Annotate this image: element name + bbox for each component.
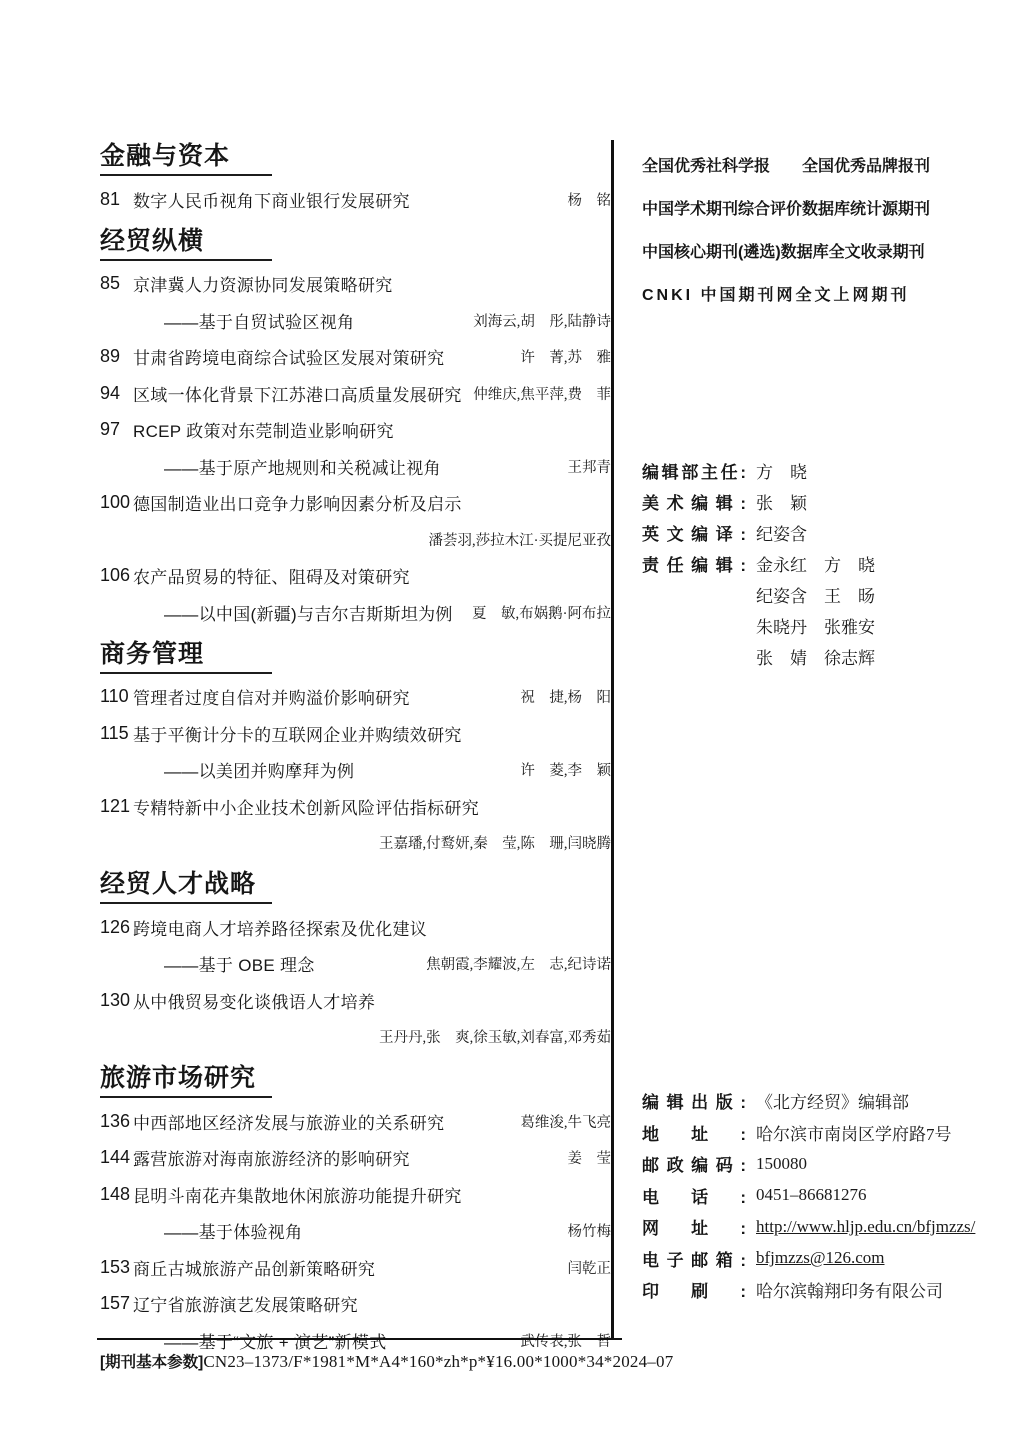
article-subtitle: ——以美团并购摩拜为例 [164,757,354,782]
toc-authors-line: 潘荟羽,莎拉木江·买提尼亚孜 [100,521,611,558]
article-title: 跨境电商人才培养路径探索及优化建议 [133,915,427,940]
toc-entry: 106农产品贸易的特征、阻碍及对策研究 [100,558,611,595]
toc-authors-line: 王嘉璠,付鹜妍,秦 莹,陈 珊,闫晓腾 [100,825,611,862]
article-subtitle: ——以中国(新疆)与吉尔吉斯斯坦为例 [164,600,453,625]
journal-parameters: [期刊基本参数] CN23–1373/F*1981*M*A4*160*zh*p*… [100,1350,673,1372]
toc-entry: 81数字人民币视角下商业银行发展研究杨 铭 [100,181,611,218]
journal-toc-page: 金融与资本81数字人民币视角下商业银行发展研究杨 铭经贸纵横85京津冀人力资源协… [0,0,1024,1448]
page-number: 136 [100,1111,133,1132]
article-authors: 潘荟羽,莎拉木江·买提尼亚孜 [419,529,611,550]
page-number: 100 [100,492,133,513]
accolade-line: 中国核心期刊(遴选)数据库全文收录期刊 [642,231,964,274]
article-authors: 许 菱,李 颖 [510,759,611,780]
toc-entry: 130从中俄贸易变化谈俄语人才培养 [100,982,611,1019]
section-header: 金融与资本 [100,142,611,176]
toc-entry: 136中西部地区经济发展与旅游业的关系研究葛维浚,牛飞亮 [100,1103,611,1140]
article-subtitle: ——基于“文旅 + 演艺”新模式 [164,1328,387,1353]
article-title: RCEP 政策对东莞制造业影响研究 [133,417,394,442]
article-authors: 许 菁,苏 雅 [510,346,611,367]
article-subtitle: ——基于 OBE 理念 [164,951,315,976]
page-number: 153 [100,1257,133,1278]
staff-row: 编辑部主任:方 晓 [642,455,964,486]
editorial-staff-block: 编辑部主任:方 晓美术编辑:张 颖英文编译:纪姿含责任编辑:金永红 方 晓纪姿含… [642,455,964,672]
publisher-row: 电话:0451–86681276 [642,1180,964,1212]
page-number: 126 [100,917,133,938]
publisher-field-label: 网址: [642,1214,746,1239]
section-header: 经贸纵横 [100,227,611,261]
toc-subtitle-line: ——基于体验视角杨竹梅 [100,1213,611,1250]
article-authors: 焦朝霞,李耀波,左 志,纪诗诺 [416,953,611,974]
publisher-row: 印刷:哈尔滨翰翔印务有限公司 [642,1274,964,1306]
toc-entry: 148昆明斗南花卉集散地休闲旅游功能提升研究 [100,1176,611,1213]
accolade-line: 全国优秀社科学报 全国优秀品牌报刊 [642,145,964,188]
publisher-row: 编辑出版:《北方经贸》编辑部 [642,1085,964,1117]
article-authors: 王嘉璠,付鹜妍,秦 莹,陈 珊,闫晓腾 [369,832,611,853]
page-number: 81 [100,189,133,210]
staff-names: 金永红 方 晓 [746,551,875,576]
page-number: 121 [100,796,133,817]
publisher-field-value: 150080 [746,1154,807,1174]
article-title: 专精特新中小企业技术创新风险评估指标研究 [133,794,479,819]
staff-role-label: 责任编辑: [642,551,746,576]
toc-subtitle-line: ——以中国(新疆)与吉尔吉斯斯坦为例夏 敏,布娲鹅·阿布拉 [100,594,611,631]
article-title: 从中俄贸易变化谈俄语人才培养 [133,988,375,1013]
article-authors: 仲维庆,焦平萍,费 菲 [463,383,611,404]
article-title: 商丘古城旅游产品创新策略研究 [133,1255,375,1280]
section-title: 经贸纵横 [100,227,611,255]
page-number: 94 [100,383,133,404]
publisher-row: 地址:哈尔滨市南岗区学府路7号 [642,1117,964,1149]
section-underline [100,174,272,176]
staff-names: 张 颖 [746,489,807,514]
toc-entry: 126跨境电商人才培养路径探索及优化建议 [100,909,611,946]
publisher-field-value: 哈尔滨翰翔印务有限公司 [746,1277,943,1302]
staff-names: 朱晓丹 张雅安 [746,613,875,638]
toc-entry: 100德国制造业出口竞争力影响因素分析及启示 [100,485,611,522]
right-column: 全国优秀社科学报 全国优秀品牌报刊中国学术期刊综合评价数据库统计源期刊中国核心期… [642,140,964,1306]
section-title: 经贸人才战略 [100,870,611,898]
publisher-row: 电子邮箱:bfjmzzs@126.com [642,1243,964,1275]
website-link[interactable]: http://www.hljp.edu.cn/bfjmzzs/ [746,1217,975,1237]
page-number: 106 [100,565,133,586]
publisher-row: 网址:http://www.hljp.edu.cn/bfjmzzs/ [642,1211,964,1243]
accolade-line: CNKI 中国期刊网全文上网期刊 [642,274,964,317]
toc-entry: 94区域一体化背景下江苏港口高质量发展研究仲维庆,焦平萍,费 菲 [100,375,611,412]
section-title: 金融与资本 [100,142,611,170]
section-header: 商务管理 [100,640,611,674]
article-authors: 祝 捷,杨 阳 [510,686,611,707]
journal-parameters-value: CN23–1373/F*1981*M*A4*160*zh*p*¥16.00*10… [203,1352,673,1372]
toc-entry: 89甘肃省跨境电商综合试验区发展对策研究许 菁,苏 雅 [100,339,611,376]
publisher-field-label: 地址: [642,1120,746,1145]
article-authors: 杨 铭 [558,189,612,210]
page-number: 157 [100,1293,133,1314]
toc-left-column: 金融与资本81数字人民币视角下商业银行发展研究杨 铭经贸纵横85京津冀人力资源协… [100,140,611,1359]
article-title: 甘肃省跨境电商综合试验区发展对策研究 [133,344,444,369]
publisher-field-label: 电话: [642,1183,746,1208]
staff-row: 美术编辑:张 颖 [642,486,964,517]
section-underline [100,259,272,261]
page-number: 89 [100,346,133,367]
staff-role-label: 编辑部主任: [642,458,746,483]
footer-rule [97,1338,622,1340]
article-title: 区域一体化背景下江苏港口高质量发展研究 [133,381,462,406]
publisher-field-value: 哈尔滨市南岗区学府路7号 [746,1120,952,1145]
article-subtitle: ——基于原产地规则和关税减让视角 [164,454,441,479]
article-title: 昆明斗南花卉集散地休闲旅游功能提升研究 [133,1182,462,1207]
page-number: 97 [100,419,133,440]
publisher-field-label: 邮政编码: [642,1151,746,1176]
article-title: 农产品贸易的特征、阻碍及对策研究 [133,563,410,588]
toc-entry: 144露营旅游对海南旅游经济的影响研究姜 莹 [100,1140,611,1177]
publisher-row: 邮政编码:150080 [642,1148,964,1180]
staff-names: 张 婧 徐志辉 [746,644,875,669]
toc-subtitle-line: ——以美团并购摩拜为例许 菱,李 颖 [100,752,611,789]
journal-parameters-label: [期刊基本参数] [100,1350,203,1372]
article-authors: 葛维浚,牛飞亮 [510,1111,611,1132]
staff-row: 英文编译:纪姿含 [642,517,964,548]
article-subtitle: ——基于体验视角 [164,1218,302,1243]
email-link[interactable]: bfjmzzs@126.com [746,1248,885,1268]
toc-subtitle-line: ——基于 OBE 理念焦朝霞,李耀波,左 志,纪诗诺 [100,946,611,983]
staff-role-label: 美术编辑: [642,489,746,514]
article-subtitle: ——基于自贸试验区视角 [164,308,354,333]
section-title: 商务管理 [100,640,611,668]
publisher-field-value: 0451–86681276 [746,1185,867,1205]
column-divider [611,140,614,1338]
staff-names: 纪姿含 王 旸 [746,582,875,607]
staff-row: 纪姿含 王 旸 [642,579,964,610]
toc-authors-line: 王丹丹,张 爽,徐玉敏,刘春富,邓秀茹 [100,1019,611,1056]
toc-entry: 121专精特新中小企业技术创新风险评估指标研究 [100,788,611,825]
article-title: 京津冀人力资源协同发展策略研究 [133,271,393,296]
staff-names: 纪姿含 [746,520,807,545]
toc-subtitle-line: ——基于原产地规则和关税减让视角王邦青 [100,448,611,485]
staff-row: 朱晓丹 张雅安 [642,610,964,641]
page-number: 130 [100,990,133,1011]
section-underline [100,902,272,904]
publisher-field-value: 《北方经贸》编辑部 [746,1088,909,1113]
toc-entry: 110管理者过度自信对并购溢价影响研究祝 捷,杨 阳 [100,679,611,716]
article-authors: 王邦青 [558,456,612,477]
accolade-line: 中国学术期刊综合评价数据库统计源期刊 [642,188,964,231]
toc-entry: 153商丘古城旅游产品创新策略研究闫乾正 [100,1249,611,1286]
article-authors: 武传表,张 哲 [510,1330,611,1351]
article-authors: 王丹丹,张 爽,徐玉敏,刘春富,邓秀茹 [369,1026,611,1047]
toc-entry: 97RCEP 政策对东莞制造业影响研究 [100,412,611,449]
staff-row: 责任编辑:金永红 方 晓 [642,548,964,579]
article-authors: 杨竹梅 [558,1220,612,1241]
article-title: 基于平衡计分卡的互联网企业并购绩效研究 [133,721,462,746]
section-header: 旅游市场研究 [100,1064,611,1098]
article-authors: 夏 敏,布娲鹅·阿布拉 [462,602,611,623]
article-title: 中西部地区经济发展与旅游业的关系研究 [133,1109,444,1134]
toc-entry: 157辽宁省旅游演艺发展策略研究 [100,1286,611,1323]
article-title: 辽宁省旅游演艺发展策略研究 [133,1291,358,1316]
article-authors: 刘海云,胡 彤,陆静诗 [463,310,611,331]
staff-row: 张 婧 徐志辉 [642,641,964,672]
toc-subtitle-line: ——基于自贸试验区视角刘海云,胡 彤,陆静诗 [100,302,611,339]
page-number: 115 [100,723,133,744]
section-header: 经贸人才战略 [100,870,611,904]
toc-entry: 85京津冀人力资源协同发展策略研究 [100,266,611,303]
article-title: 管理者过度自信对并购溢价影响研究 [133,684,410,709]
publisher-field-label: 编辑出版: [642,1088,746,1113]
article-authors: 姜 莹 [558,1147,612,1168]
publisher-field-label: 印刷: [642,1277,746,1302]
staff-names: 方 晓 [746,458,807,483]
page-number: 85 [100,273,133,294]
page-number: 144 [100,1147,133,1168]
section-underline [100,1096,272,1098]
article-authors: 闫乾正 [558,1257,612,1278]
article-title: 数字人民币视角下商业银行发展研究 [133,187,410,212]
publisher-info-block: 编辑出版:《北方经贸》编辑部地址:哈尔滨市南岗区学府路7号邮政编码:150080… [642,1085,964,1306]
article-title: 德国制造业出口竞争力影响因素分析及启示 [133,490,462,515]
article-title: 露营旅游对海南旅游经济的影响研究 [133,1145,410,1170]
journal-accolades: 全国优秀社科学报 全国优秀品牌报刊中国学术期刊综合评价数据库统计源期刊中国核心期… [642,145,964,317]
page-number: 110 [100,686,133,707]
section-title: 旅游市场研究 [100,1064,611,1092]
publisher-field-label: 电子邮箱: [642,1246,746,1271]
toc-entry: 115基于平衡计分卡的互联网企业并购绩效研究 [100,715,611,752]
section-underline [100,672,272,674]
page-number: 148 [100,1184,133,1205]
staff-role-label: 英文编译: [642,520,746,545]
